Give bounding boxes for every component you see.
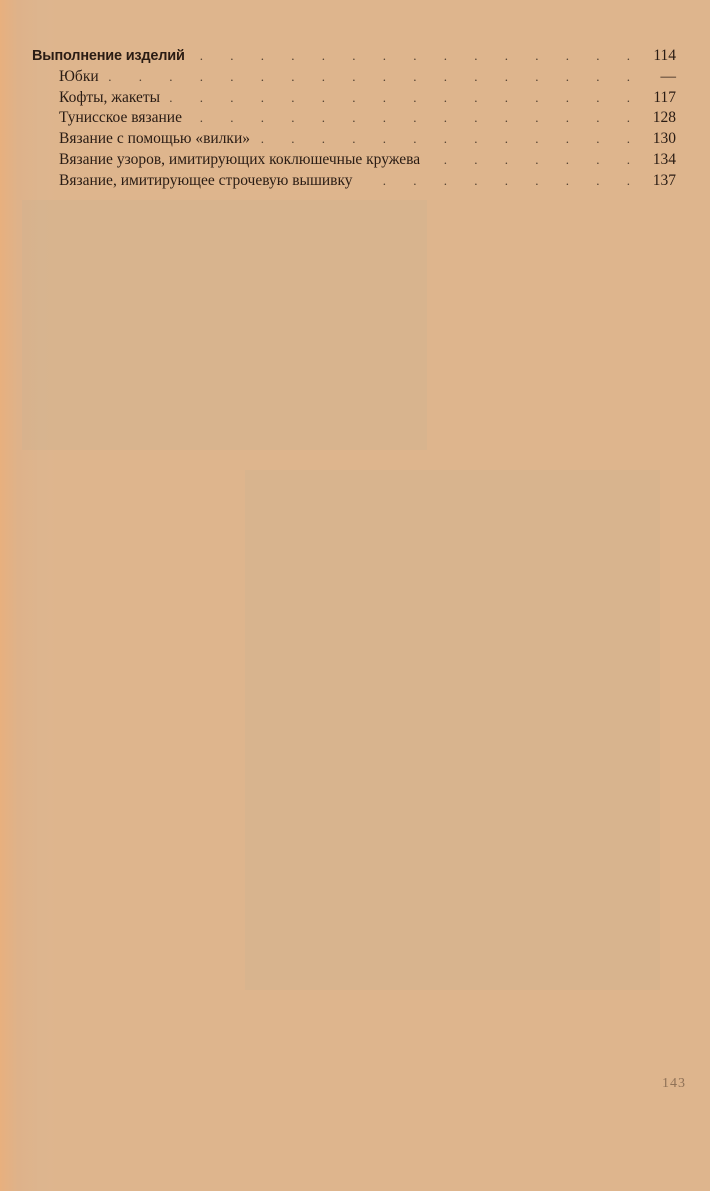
toc-entry: Юбки . . . . . . . . . . . . . . . . . .…	[32, 67, 676, 88]
dot-leader: . . . . . . . . . . . . . . . . . . . . …	[105, 67, 642, 88]
toc-entry: Кофты, жакеты . . . . . . . . . . . . . …	[32, 88, 676, 109]
paper-stain	[22, 200, 427, 450]
toc-page-number: 114	[642, 46, 676, 67]
toc-entry: Тунисское вязание . . . . . . . . . . . …	[32, 108, 676, 129]
toc-entry-title: Выполнение изделий	[32, 46, 191, 67]
toc-entry: Вязание узоров, имитирующих коклюшечные …	[32, 150, 676, 171]
toc-entry-title: Юбки	[59, 67, 105, 88]
dot-leader: . . . . . . . . . . . . . . . . . . . . …	[188, 108, 642, 129]
dot-leader: . . . . . . . . . . . . . . . . . . . . …	[166, 88, 642, 109]
dot-leader: . . . . . . . . . . . . . . . . . . . . …	[256, 129, 642, 150]
toc-page-number: —	[642, 67, 676, 88]
page-folio-number: 143	[662, 1076, 686, 1092]
toc-entry-title: Вязание с помощью «вилки»	[59, 129, 256, 150]
toc-entry-title: Тунисское вязание	[59, 108, 188, 129]
toc-entry-title: Вязание узоров, имитирующих коклюшечные …	[59, 150, 426, 171]
toc-page-number: 117	[642, 88, 676, 109]
table-of-contents: Выполнение изделий . . . . . . . . . . .…	[32, 46, 676, 192]
toc-page-number: 134	[642, 150, 676, 171]
toc-entry-title: Кофты, жакеты	[59, 88, 166, 109]
toc-entry-title: Вязание, имитирующее строчевую вышивку	[59, 171, 359, 192]
dot-leader: . . . . . . . . . . . . . . . . . . . . …	[359, 171, 642, 192]
toc-section-heading: Выполнение изделий . . . . . . . . . . .…	[32, 46, 676, 67]
toc-entry: Вязание с помощью «вилки» . . . . . . . …	[32, 129, 676, 150]
dot-leader: . . . . . . . . . . . . . . . . . . . . …	[426, 150, 642, 171]
toc-entry: Вязание, имитирующее строчевую вышивку .…	[32, 171, 676, 192]
toc-page-number: 137	[642, 171, 676, 192]
toc-page-number: 128	[642, 108, 676, 129]
toc-page-number: 130	[642, 129, 676, 150]
dot-leader: . . . . . . . . . . . . . . . . . . . . …	[191, 46, 642, 67]
paper-stain	[245, 470, 660, 990]
